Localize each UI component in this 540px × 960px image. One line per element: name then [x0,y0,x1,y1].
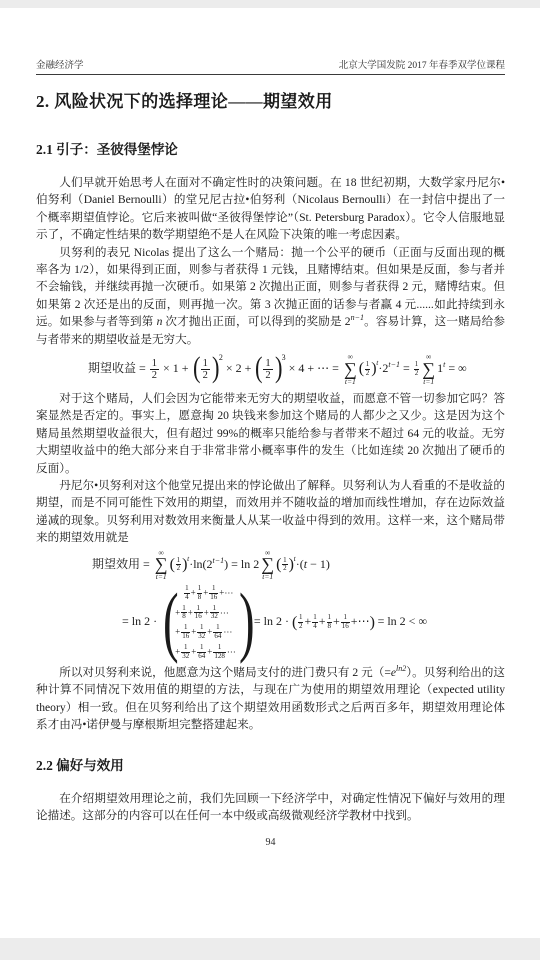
stack-row: +116+132+164⋯ [175,623,236,643]
text-run: × 2 + [223,361,255,375]
text-run: ⋯ [227,646,236,656]
text-run: ·( [296,557,304,571]
text-run: = ln 2 < ∞ [375,614,427,628]
formula-expected-payoff: 期望收益 = 12 × 1 + (12)2 × 2 + (12)3 × 4 + … [36,353,505,386]
fraction: 12 [414,361,420,378]
text-run: +⋯ [219,587,233,597]
fraction: 1128 [213,644,226,661]
fraction: 18 [181,605,187,622]
text-run: = [400,361,413,375]
text-run: + [188,607,193,617]
text-run: ) = ln 2 [224,557,259,571]
fraction: 12 [176,557,182,574]
document-page: 金融经济学 北京大学国发院 2017 年春季双学位课程 2. 风险状况下的选择理… [0,57,540,848]
fraction: 18 [197,585,203,602]
text-run: + [333,614,340,628]
fraction: 18 [327,614,333,631]
fraction: 116 [341,614,350,631]
fraction: 132 [210,605,219,622]
section-heading-2-1: 2.1 引子：圣彼得堡悖论 [36,138,505,158]
paragraph-preference-utility-intro: 在介绍期望效用理论之前，我们先回顾一下经济学中，对确定性情况下偏好与效用的理论描… [36,790,505,825]
text-run: + [191,627,196,637]
text-run: = ln 2 · [251,614,292,628]
stack-row: +18+116+132⋯ [175,603,236,623]
paren-group: (12+14+18+116+⋯) [292,614,375,631]
paren-group: (12)t [276,557,296,574]
paragraph-paradox-discussion: 对于这个赌局，人们会因为它能带来无穷大的期望收益，而愿意不管一切参加它吗？答案显… [36,390,505,477]
fraction: 12 [201,358,210,382]
text-run: ⋯ [220,607,229,617]
text-run: + [207,627,212,637]
text-run: ·ln(2 [189,557,212,571]
fraction: 14 [184,585,190,602]
text-run: 期望效用 = [92,557,153,571]
fraction: 12 [298,614,304,631]
fraction: 116 [194,605,203,622]
text-run: + [191,587,196,597]
header-course-name: 金融经济学 [36,57,84,71]
text-run: 次才抛出正面，可以得到的奖励是 2 [162,315,350,328]
superscript: ln2 [396,664,406,673]
page-header: 金融经济学 北京大学国发院 2017 年春季双学位课程 [36,57,505,75]
fraction: 12 [150,358,159,382]
text-run: + [304,614,311,628]
summation: ∞∑t=1 [344,353,357,386]
text-run: ·2 [378,361,388,375]
summation: ∞∑t=1 [422,353,435,386]
fraction: 164 [197,644,206,661]
paragraph-bernoulli-explanation: 丹尼尔•贝努利对这个他堂兄提出来的悖论做出了解释。贝努利认为人看重的不是收益的期… [36,477,505,547]
text-run: + [319,614,326,628]
text-run: + [207,646,212,656]
paragraph-intro: 人们早就开始思考人在面对不确定性时的决策问题。在 18 世纪初期，大数学家丹尼尔… [36,174,505,244]
summation: ∞∑t=1 [261,549,274,582]
paren-group: (12)3 [254,355,285,383]
section-heading-2-2: 2.2 偏好与效用 [36,754,505,774]
text-run: 在介绍期望效用理论之前，我们先回顾一下经济学中，对确定性情况下偏好与效用的理论描… [36,792,505,822]
fraction: 14 [312,614,318,631]
paren-group: (14+18+116+⋯+18+116+132⋯+116+132+164⋯+13… [160,583,251,662]
chapter-title: 2. 风险状况下的选择理论——期望效用 [36,87,505,112]
superscript: n−1 [351,313,364,322]
fraction: 12 [282,557,288,574]
fraction-stack: 14+18+116+⋯+18+116+132⋯+116+132+164⋯+132… [175,583,236,662]
text-run: = ∞ [445,361,466,375]
viewer-margin-bottom [0,938,540,960]
formula-expected-utility: 期望效用 = ∞∑t=1(12)t·ln(2t−1) = ln 2∞∑t=1(1… [36,549,505,582]
text-run: × 1 + [160,361,192,375]
paren-group: (12)2 [192,355,223,383]
stack-row: 14+18+116+⋯ [175,583,236,603]
text-run: + [204,607,209,617]
text-run: 所以对贝努利来说，他愿意为这个赌局支付的进门费只有 2 元（= [59,666,391,679]
text-run: = ln 2 · [122,614,160,628]
text-run: 人们早就开始思考人在面对不确定性时的决策问题。在 18 世纪初期，大数学家丹尼尔… [36,176,505,241]
text-run: ⋯ [223,627,232,637]
text-run: 丹尼尔•贝努利对这个他堂兄提出来的悖论做出了解释。贝努利认为人看重的不是收益的期… [36,479,505,544]
stack-row: +132+164+1128⋯ [175,642,236,662]
text-run: 期望收益 = [88,361,149,375]
text-run: 对于这个赌局，人们会因为它能带来无穷大的期望收益，而愿意不管一切参加它吗？答案显… [36,392,505,475]
fraction: 116 [181,624,190,641]
fraction: 116 [209,585,218,602]
fraction: 164 [213,624,222,641]
paren-group: (12)t [170,557,190,574]
superscript: t−1 [213,556,225,565]
text-run: +⋯ [351,614,370,628]
viewer-margin-top [0,0,540,8]
text-run: × 4 + ⋯ = [286,361,342,375]
formula-expected-utility-expanded: = ln 2 · (14+18+116+⋯+18+116+132⋯+116+13… [36,583,505,662]
header-institution: 北京大学国发院 2017 年春季双学位课程 [339,57,505,71]
paren-group: (12)t [359,361,379,378]
page-number: 94 [36,837,505,848]
superscript: t−1 [388,360,400,369]
text-run: + [191,646,196,656]
text-run: + [203,587,208,597]
fraction: 12 [263,358,272,382]
paragraph-entry-fee-conclusion: 所以对贝努利来说，他愿意为这个赌局支付的进门费只有 2 元（=eln2）。贝努利… [36,664,505,734]
fraction: 12 [365,361,371,378]
fraction: 132 [181,644,190,661]
fraction: 132 [197,624,206,641]
text-run: − 1) [307,557,330,571]
paragraph-gamble-description: 贝努利的表兄 Nicolas 提出了这么一个赌局：抛一个公平的硬币（正面与反面出… [36,244,505,348]
